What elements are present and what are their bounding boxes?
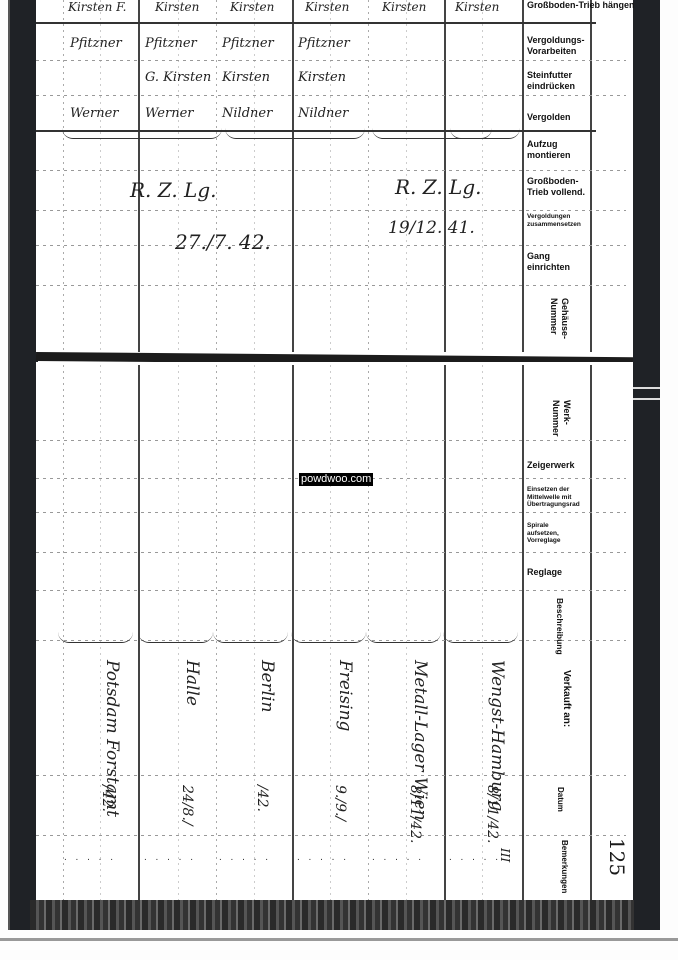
remark-mark: III [498, 848, 512, 862]
label-vergoldungen-zusammensetzen: Vergoldungen zusammensetzen [527, 213, 577, 228]
grid-row-line [36, 775, 626, 776]
grouping-brace [366, 632, 441, 643]
label-vergoldungs-vorarbeiten: Vergoldungs-Vorarbeiten [527, 35, 593, 57]
grid-row-line [36, 440, 626, 441]
remarks-dotted-line: . . . . . [372, 852, 424, 863]
datum-entry: /42. [99, 785, 115, 812]
header-worker-name: Kirsten [230, 0, 274, 14]
spine-mark [630, 387, 660, 389]
grid-column-line [216, 0, 217, 352]
datum-entry: 8/11/42. [484, 785, 500, 843]
label-bemerkungen: Bemerkungen [559, 840, 570, 874]
grid-column-line [522, 365, 524, 900]
scan-edge [0, 938, 678, 941]
watermark: powdwoo.com [299, 473, 373, 486]
book-bottom-edge [30, 900, 634, 930]
datum-entry: 8/11/42. [407, 785, 423, 843]
label-gehaeuse-nummer: Gehäuse-Nummer [548, 298, 570, 338]
grouping-brace [291, 632, 366, 643]
grid-column-line [63, 0, 64, 352]
remarks-dotted-line: . . . . . [449, 852, 501, 863]
grid-subcolumn-line [178, 0, 179, 352]
handwritten-worker-cell: Nildner [222, 106, 272, 121]
label-beschreibung: Beschreibung [554, 598, 565, 634]
verkauft-an-entry: Halle [182, 660, 202, 706]
grouping-brace [450, 128, 520, 139]
label-spirale-aufsetzen: Spirale aufsetzen, Vorreglage [527, 522, 575, 545]
spine-mark [630, 398, 660, 400]
grouping-brace [138, 632, 213, 643]
header-worker-name: Kirsten [455, 0, 499, 14]
book-spine-right [633, 0, 660, 930]
verkauft-an-entry: Berlin [257, 660, 277, 713]
stamp-right-line1: R. Z. Lg. [395, 175, 481, 199]
handwritten-worker-cell: Werner [70, 106, 119, 121]
grid-subcolumn-line [100, 0, 101, 352]
datum-entry: /42. [254, 785, 270, 812]
handwritten-worker-cell: Nildner [298, 106, 348, 121]
book-spine-left [8, 0, 38, 930]
grid-row-line [36, 835, 626, 836]
datum-entry: 9./9./ [332, 785, 348, 821]
label-zeigerwerk: Zeigerwerk [527, 460, 575, 471]
stamp-right-line2: 19/12. 41. [388, 218, 475, 238]
header-worker-name: Kirsten [382, 0, 426, 14]
handwritten-worker-cell: Pfitzner [298, 36, 350, 51]
grouping-brace [225, 128, 365, 139]
grouping-brace [62, 128, 222, 139]
grid-row-line [36, 22, 596, 24]
label-werk-nummer: Werk-Nummer [550, 400, 572, 440]
grid-subcolumn-line [330, 0, 331, 352]
handwritten-worker-cell: Kirsten [222, 70, 270, 85]
grid-row-line [36, 95, 626, 96]
grid-column-line [292, 0, 294, 352]
grid-row-line [36, 285, 626, 286]
label-verkauft-an: Verkauft an: [561, 670, 572, 727]
label-steinfutter-eindruecken: Steinfutter eindrücken [527, 70, 587, 92]
handwritten-worker-cell: Kirsten [298, 70, 346, 85]
label-gang-einrichten: Gang einrichten [527, 251, 582, 273]
remarks-dotted-line: . . . . . [219, 852, 271, 863]
handwritten-worker-cell: Pfitzner [70, 36, 122, 51]
grid-subcolumn-line [254, 0, 255, 352]
grouping-brace [443, 632, 518, 643]
grid-subcolumn-line [482, 0, 483, 352]
grouping-brace [213, 632, 288, 643]
header-worker-name: Kirsten F. [68, 0, 126, 14]
grid-column-line [522, 0, 524, 352]
page-number: 125 [605, 838, 629, 876]
label-einsetzen-mittelwelle: Einsetzen der Mittelwelle mit Übertragun… [527, 486, 591, 509]
grid-row-line [36, 210, 626, 211]
grouping-brace [58, 632, 133, 643]
header-worker-name: Kirsten [155, 0, 199, 14]
remarks-dotted-line: . . . . . [144, 852, 196, 863]
label-grossboden-trieb-vollend: Großboden-Trieb vollend. [527, 176, 593, 198]
handwritten-worker-cell: G. Kirsten [145, 70, 211, 85]
handwritten-worker-cell: Pfitzner [222, 36, 274, 51]
stamp-left-line2: 27./7. 42. [175, 230, 271, 254]
stamp-left-line1: R. Z. Lg. [130, 178, 216, 202]
header-worker-name: Kirsten [305, 0, 349, 14]
handwritten-worker-cell: Pfitzner [145, 36, 197, 51]
label-aufzug-montieren: Aufzug montieren [527, 139, 582, 161]
label-grossboden-trieb-haengen: Großboden-Trieb hängen [527, 0, 635, 11]
grid-row-line [36, 552, 626, 553]
grid-row-line [36, 512, 626, 513]
label-vergolden: Vergolden [527, 112, 571, 123]
grid-column-line [590, 365, 592, 900]
grid-row-line [36, 170, 626, 171]
grid-column-line [138, 0, 140, 352]
label-datum: Datum [555, 787, 566, 812]
remarks-dotted-line: . . . . . [64, 852, 116, 863]
verkauft-an-entry: Freising [335, 660, 355, 731]
grid-row-line [36, 245, 626, 246]
datum-entry: 24/8./ [179, 785, 195, 826]
handwritten-worker-cell: Werner [145, 106, 194, 121]
remarks-dotted-line: . . . . . [297, 852, 349, 863]
grid-column-line [368, 0, 369, 352]
grid-row-line [36, 60, 626, 61]
grid-row-line [36, 590, 626, 591]
label-reglage: Reglage [527, 567, 562, 578]
